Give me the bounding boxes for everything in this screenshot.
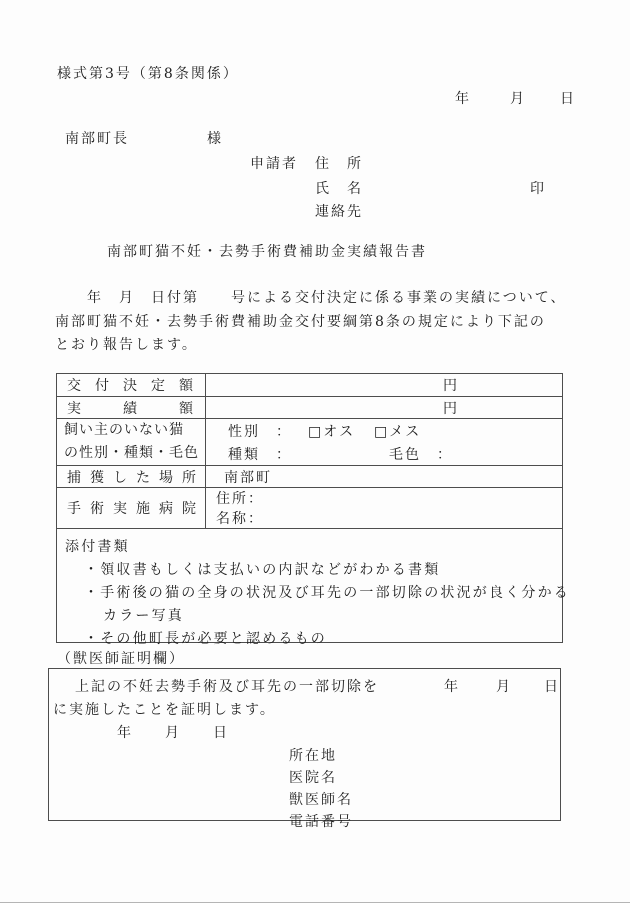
sex-field-label: 性別 ： bbox=[206, 421, 292, 441]
vet-field-location: 所在地 bbox=[289, 745, 560, 767]
cat-info-label-line1: 飼い主のいない猫 bbox=[64, 419, 184, 442]
attachments-cell: 添付書類 ・領収書もしくは支払いの内訳などがわかる書類 ・手術後の猫の全身の状況… bbox=[57, 529, 570, 642]
vet-cert-box: 上記の不妊去勢手術及び耳先の一部切除を 年 月 日 に実施したことを証明します。… bbox=[48, 668, 561, 821]
body-line-3: とおり報告します。 bbox=[55, 334, 566, 358]
table-row-cat-info: 飼い主のいない猫 の性別・種類・毛色 性別 ： □オス □メス 種類 ： 毛色 … bbox=[57, 418, 562, 465]
grant-amount-label-cell: 交付決定額 bbox=[57, 374, 206, 396]
body-paragraph: 年 月 日付第 号による交付決定に係る事業の実績について、 南部町猫不妊・去勢手… bbox=[55, 287, 566, 358]
table-row-capture-place: 捕獲した場所 南部町 bbox=[57, 465, 562, 487]
cat-info-label-cell: 飼い主のいない猫 の性別・種類・毛色 bbox=[57, 419, 206, 465]
hospital-label-cell: 手術実施病院 bbox=[57, 488, 206, 528]
vet-fields: 所在地 医院名 獣医師名 電話番号 bbox=[49, 745, 560, 833]
hospital-address-field: 住所： bbox=[206, 488, 264, 508]
vet-field-phone: 電話番号 bbox=[289, 811, 560, 833]
vet-cert-date-line: 年 月 日 bbox=[49, 720, 560, 743]
cat-info-value-cell: 性別 ： □オス □メス 種類 ： 毛色 ： bbox=[206, 419, 562, 465]
capture-place-value-cell: 南部町 bbox=[206, 466, 562, 487]
grant-amount-unit: 円 bbox=[443, 375, 459, 395]
hospital-label: 手術実施病院 bbox=[67, 498, 205, 518]
capture-place-label: 捕獲した場所 bbox=[67, 467, 205, 487]
vet-cert-line-1: 上記の不妊去勢手術及び耳先の一部切除を 年 月 日 bbox=[49, 674, 560, 697]
actual-amount-unit: 円 bbox=[443, 398, 459, 418]
color-field-label: 毛色 ： bbox=[389, 444, 453, 464]
attachment-item: ・その他町長が必要と認めるもの bbox=[57, 626, 570, 649]
date-month-label: 月 bbox=[510, 88, 526, 108]
actual-amount-label-cell: 実績額 bbox=[57, 397, 206, 418]
applicant-address-label: 住 所 bbox=[315, 153, 363, 173]
hospital-name-field: 名称： bbox=[206, 508, 264, 528]
male-checkbox: □オス bbox=[308, 421, 355, 441]
applicant-label: 申請者 bbox=[250, 153, 298, 173]
body-line-2: 南部町猫不妊・去勢手術費補助金交付要綱第8条の規定により下記の bbox=[55, 311, 566, 335]
vet-cert-text: 上記の不妊去勢手術及び耳先の一部切除を bbox=[75, 676, 379, 696]
seal-mark: 印 bbox=[530, 178, 546, 198]
actual-amount-value-cell: 円 bbox=[206, 397, 562, 418]
vet-cert-heading: （獣医師証明欄） bbox=[57, 648, 185, 668]
grant-amount-value-cell: 円 bbox=[206, 374, 562, 396]
attachments-title: 添付書類 bbox=[57, 534, 570, 557]
vet-cert-day-label: 日 bbox=[544, 676, 560, 696]
capture-place-value: 南部町 bbox=[206, 467, 272, 487]
document-page: 様式第3号（第8条関係） 年 月 日 南部町長 様 申請者 住 所 氏 名 印 … bbox=[0, 0, 630, 903]
attachment-item: ・領収書もしくは支払いの内訳などがわかる書類 bbox=[57, 557, 570, 580]
grant-amount-label: 交付決定額 bbox=[67, 375, 207, 395]
addressee: 南部町長 bbox=[65, 128, 129, 148]
vet-cert-month-label: 月 bbox=[496, 676, 512, 696]
date-day-label: 日 bbox=[560, 88, 576, 108]
report-table: 交付決定額 円 実績額 円 飼い主のいない猫 の性別・種類・毛色 性別 ： □ bbox=[56, 373, 563, 643]
applicant-contact-label: 連絡先 bbox=[315, 201, 363, 221]
attachment-item-continuation: カラー写真 bbox=[57, 603, 570, 626]
body-line-1: 年 月 日付第 号による交付決定に係る事業の実績について、 bbox=[55, 287, 566, 311]
kind-field-label: 種類 ： bbox=[206, 444, 292, 464]
vet-cert-line-2: に実施したことを証明します。 bbox=[49, 697, 560, 720]
document-title: 南部町猫不妊・去勢手術費補助金実績報告書 bbox=[107, 241, 427, 261]
cat-info-label-line2: の性別・種類・毛色 bbox=[64, 442, 199, 465]
table-row-actual-amount: 実績額 円 bbox=[57, 396, 562, 418]
table-row-hospital: 手術実施病院 住所： 名称： bbox=[57, 487, 562, 528]
date-year-label: 年 bbox=[455, 88, 471, 108]
hospital-value-cell: 住所： 名称： bbox=[206, 488, 562, 528]
capture-place-label-cell: 捕獲した場所 bbox=[57, 466, 206, 487]
vet-cert-year-label: 年 bbox=[444, 676, 460, 696]
applicant-name-label: 氏 名 bbox=[315, 178, 363, 198]
table-row-attachments: 添付書類 ・領収書もしくは支払いの内訳などがわかる書類 ・手術後の猫の全身の状況… bbox=[57, 528, 562, 642]
vet-field-clinic-name: 医院名 bbox=[289, 767, 560, 789]
female-checkbox: □メス bbox=[374, 421, 421, 441]
vet-field-vet-name: 獣医師名 bbox=[289, 789, 560, 811]
form-number: 様式第3号（第8条関係） bbox=[57, 63, 239, 83]
table-row-grant-amount: 交付決定額 円 bbox=[57, 374, 562, 396]
addressee-honorific: 様 bbox=[207, 128, 223, 148]
attachment-item: ・手術後の猫の全身の状況及び耳先の一部切除の状況が良く分かる bbox=[57, 580, 570, 603]
